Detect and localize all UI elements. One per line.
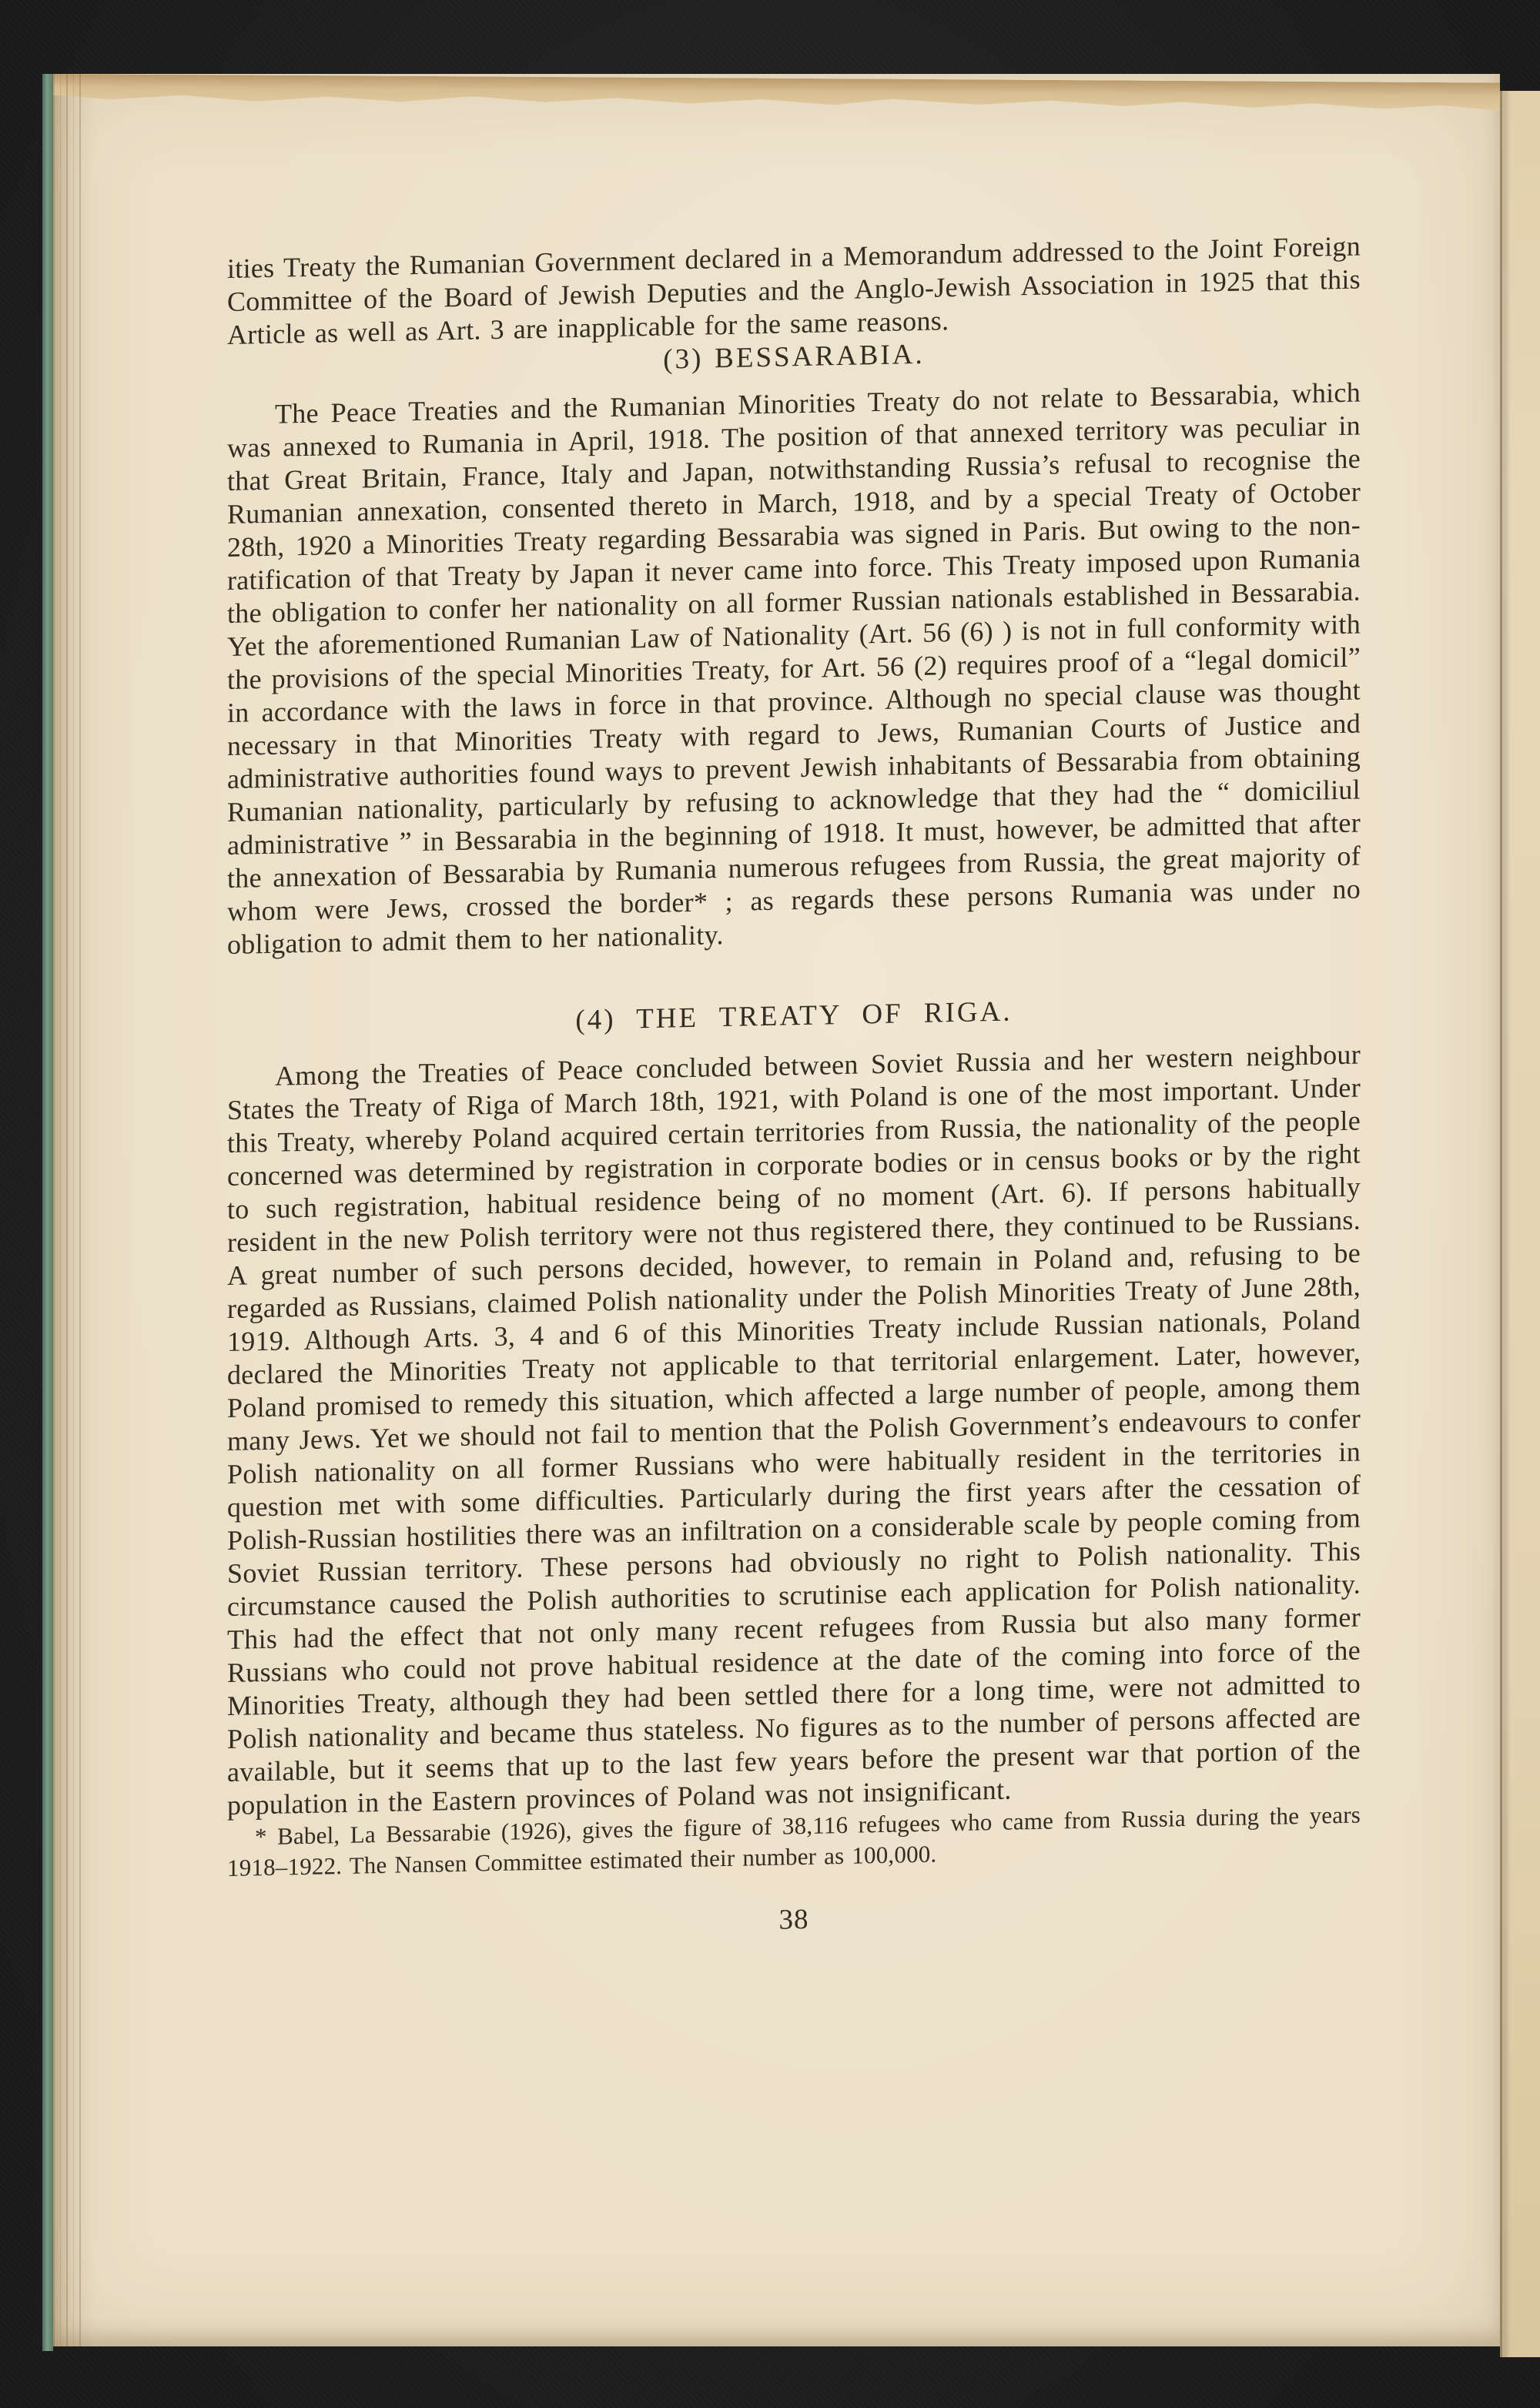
page-gutter-creases xyxy=(53,74,85,2346)
page-torn-top-edge xyxy=(53,74,1500,112)
page-text-block: ities Treaty the Rumanian Government dec… xyxy=(227,229,1361,1948)
section-heading-treaty-of-riga: (4) THE TREATY OF RIGA. xyxy=(227,988,1361,1044)
book-cover-green-edge xyxy=(42,74,53,2351)
photo-background: ities Treaty the Rumanian Government dec… xyxy=(0,0,1540,2408)
page-number: 38 xyxy=(227,1891,1361,1948)
paragraph-treaty-of-riga: Among the Treaties of Peace concluded be… xyxy=(227,1038,1361,1822)
book-fore-edge xyxy=(1500,91,1540,2357)
book-page: ities Treaty the Rumanian Government dec… xyxy=(53,74,1500,2346)
paragraph-bessarabia: The Peace Treaties and the Rumanian Mino… xyxy=(227,376,1361,962)
